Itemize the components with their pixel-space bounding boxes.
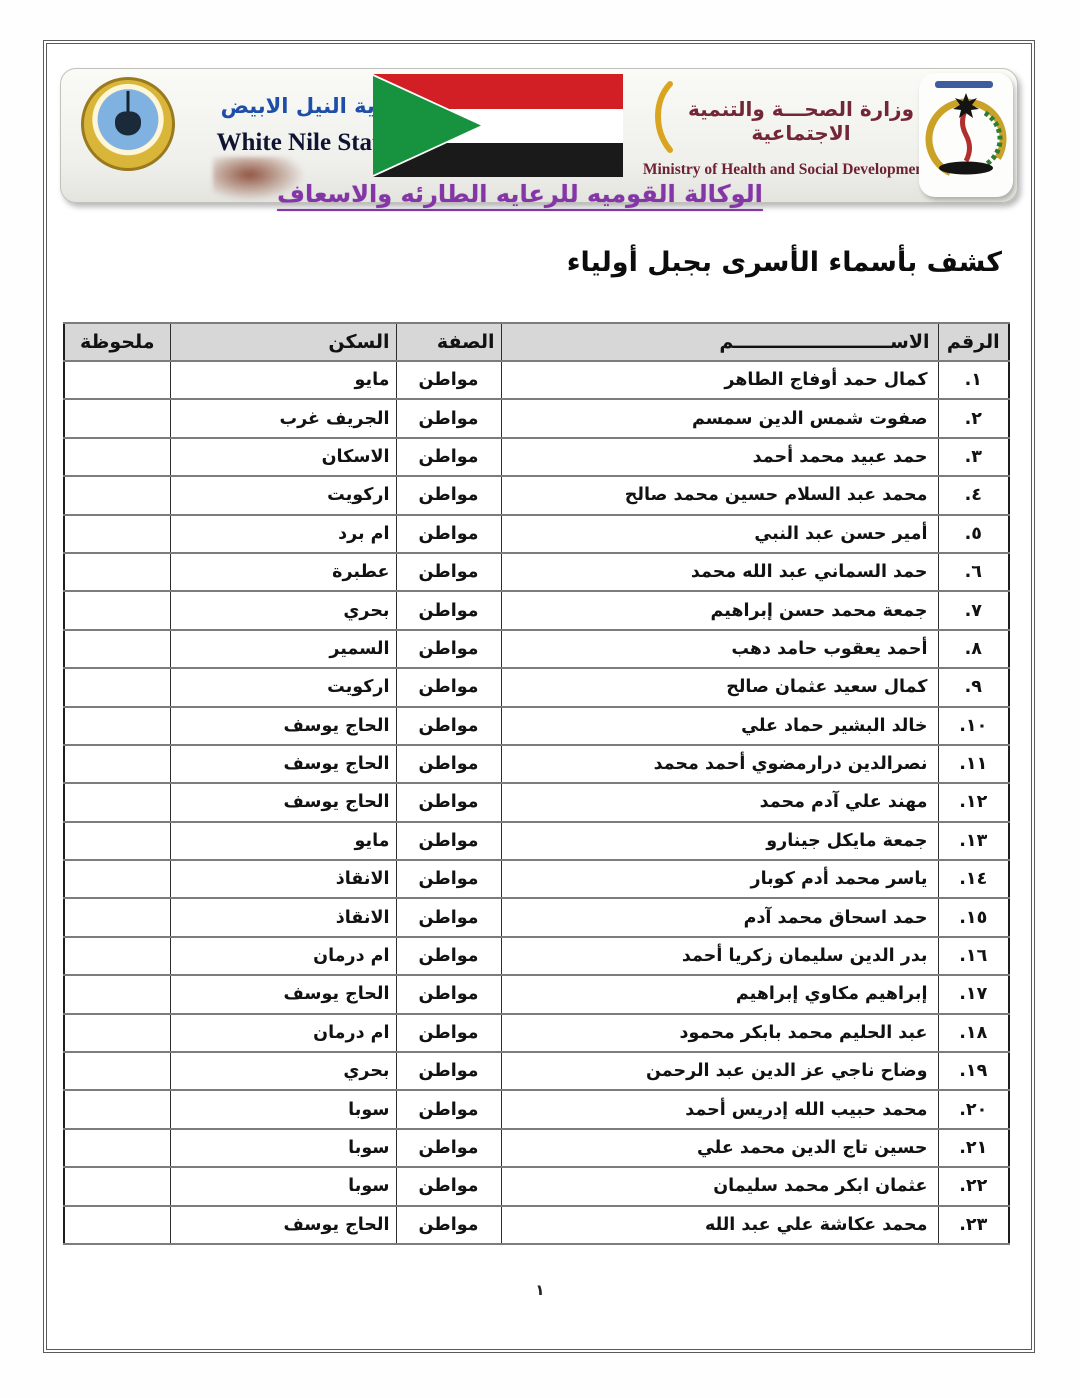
column-header-note: ملحوظة xyxy=(64,323,170,361)
row-residence: بحري xyxy=(170,591,396,629)
row-residence: الحاج يوسف xyxy=(170,783,396,821)
column-header-name: الاســــــــــــــــــــــــم xyxy=(501,323,938,361)
table-row: ١٨. عبد الحليم محمد بابكر محمود مواطن ام… xyxy=(64,1014,1009,1052)
row-name: حمد اسحاق محمد آدم xyxy=(501,898,938,936)
row-number: ٦. xyxy=(938,553,1009,591)
row-name: عثمان ابكر محمد سليمان xyxy=(501,1167,938,1205)
row-name: جمعة محمد حسن إبراهيم xyxy=(501,591,938,629)
row-note xyxy=(64,898,170,936)
prisoners-list-table: الرقم الاســــــــــــــــــــــــم الصف… xyxy=(63,322,1010,1245)
ministry-name-english: Ministry of Health and Social Developmen… xyxy=(621,161,951,179)
row-note xyxy=(64,1129,170,1167)
row-note xyxy=(64,1167,170,1205)
table-row: ٢٢. عثمان ابكر محمد سليمان مواطن سوبا xyxy=(64,1167,1009,1205)
row-residence: ام برد xyxy=(170,515,396,553)
row-role: مواطن xyxy=(396,399,501,437)
table-row: ١٤. ياسر محمد أدم كوبار مواطن الانقاذ xyxy=(64,860,1009,898)
row-name: كمال سعيد عثمان صالح xyxy=(501,668,938,706)
table-row: ١٣. جمعة مايكل جينارو مواطن مايو xyxy=(64,822,1009,860)
row-role: مواطن xyxy=(396,707,501,745)
row-role: مواطن xyxy=(396,898,501,936)
row-name: محمد حبيب الله إدريس أحمد xyxy=(501,1090,938,1128)
row-number: ١٢. xyxy=(938,783,1009,821)
table-row: ٧. جمعة محمد حسن إبراهيم مواطن بحري xyxy=(64,591,1009,629)
ministry-name-arabic: وزارة الصحـــة والتنمية الاجتماعية xyxy=(651,97,951,145)
table-row: ٢٠. محمد حبيب الله إدريس أحمد مواطن سوبا xyxy=(64,1090,1009,1128)
table-header-row: الرقم الاســــــــــــــــــــــــم الصف… xyxy=(64,323,1009,361)
white-nile-state-seal xyxy=(81,77,175,171)
row-residence: مايو xyxy=(170,361,396,399)
row-note xyxy=(64,591,170,629)
table-row: ١٢. مهند علي آدم محمد مواطن الحاج يوسف xyxy=(64,783,1009,821)
row-number: ١٥. xyxy=(938,898,1009,936)
page-number: ١ xyxy=(0,1281,1080,1299)
agency-title-line: الوكالة القوميه للرعايه الطارئه والاسعاف xyxy=(250,180,790,208)
row-role: مواطن xyxy=(396,860,501,898)
document-title: كشف بأسماء الأسرى بجبل أولياء xyxy=(567,247,1002,278)
row-note xyxy=(64,668,170,706)
row-name: حمد السماني عبد الله محمد xyxy=(501,553,938,591)
table-row: ٩. كمال سعيد عثمان صالح مواطن اركويت xyxy=(64,668,1009,706)
row-residence: السمير xyxy=(170,630,396,668)
row-number: ١٨. xyxy=(938,1014,1009,1052)
row-residence: الحاج يوسف xyxy=(170,975,396,1013)
row-role: مواطن xyxy=(396,783,501,821)
row-name: إبراهيم مكاوي إبراهيم xyxy=(501,975,938,1013)
row-note xyxy=(64,1206,170,1244)
row-name: محمد عبد السلام حسين محمد صالح xyxy=(501,476,938,514)
row-name: عبد الحليم محمد بابكر محمود xyxy=(501,1014,938,1052)
ministry-of-health-logo xyxy=(919,73,1013,197)
row-residence: ام درمان xyxy=(170,1014,396,1052)
table-row: ٨. أحمد يعقوب حامد دهب مواطن السمير xyxy=(64,630,1009,668)
row-residence: اركويت xyxy=(170,668,396,706)
row-number: ١٠. xyxy=(938,707,1009,745)
row-role: مواطن xyxy=(396,515,501,553)
row-number: ١١. xyxy=(938,745,1009,783)
seal-emblem-detail xyxy=(115,112,141,136)
row-role: مواطن xyxy=(396,1167,501,1205)
row-note xyxy=(64,399,170,437)
row-note xyxy=(64,707,170,745)
row-name: ياسر محمد أدم كوبار xyxy=(501,860,938,898)
row-name: جمعة مايكل جينارو xyxy=(501,822,938,860)
row-role: مواطن xyxy=(396,1090,501,1128)
row-role: مواطن xyxy=(396,553,501,591)
row-role: مواطن xyxy=(396,630,501,668)
row-residence: اركويت xyxy=(170,476,396,514)
row-role: مواطن xyxy=(396,822,501,860)
row-number: ٢٢. xyxy=(938,1167,1009,1205)
row-residence: الحاج يوسف xyxy=(170,1206,396,1244)
row-residence: الجريف غرب xyxy=(170,399,396,437)
row-name: أمير حسن عبد النبي xyxy=(501,515,938,553)
row-residence: الاسكان xyxy=(170,438,396,476)
row-note xyxy=(64,975,170,1013)
row-note xyxy=(64,438,170,476)
row-number: ٥. xyxy=(938,515,1009,553)
row-residence: الانقاذ xyxy=(170,860,396,898)
row-number: ١٧. xyxy=(938,975,1009,1013)
row-number: ٣. xyxy=(938,438,1009,476)
table-row: ١١. نصرالدين درارمضوي أحمد محمد مواطن ال… xyxy=(64,745,1009,783)
row-residence: الحاج يوسف xyxy=(170,745,396,783)
table-row: ١. كمال حمد أوفاج الطاهر مواطن مايو xyxy=(64,361,1009,399)
row-residence: ام درمان xyxy=(170,937,396,975)
table-row: ٢١. حسين تاج الدين محمد علي مواطن سوبا xyxy=(64,1129,1009,1167)
row-note xyxy=(64,937,170,975)
row-note xyxy=(64,822,170,860)
row-number: ٨. xyxy=(938,630,1009,668)
row-name: بدر الدين سليمان زكريا أحمد xyxy=(501,937,938,975)
row-name: حمد عبيد محمد أحمد xyxy=(501,438,938,476)
column-header-number: الرقم xyxy=(938,323,1009,361)
row-note xyxy=(64,745,170,783)
row-role: مواطن xyxy=(396,438,501,476)
row-note xyxy=(64,630,170,668)
row-number: ٤. xyxy=(938,476,1009,514)
row-name: مهند علي آدم محمد xyxy=(501,783,938,821)
row-note xyxy=(64,1090,170,1128)
row-residence: مايو xyxy=(170,822,396,860)
row-role: مواطن xyxy=(396,1052,501,1090)
row-residence: سوبا xyxy=(170,1129,396,1167)
row-note xyxy=(64,515,170,553)
table-row: ١٥. حمد اسحاق محمد آدم مواطن الانقاذ xyxy=(64,898,1009,936)
table-row: ١٩. وضاح ناجي عز الدين عبد الرحمن مواطن … xyxy=(64,1052,1009,1090)
row-note xyxy=(64,860,170,898)
row-role: مواطن xyxy=(396,476,501,514)
row-number: ١٩. xyxy=(938,1052,1009,1090)
row-role: مواطن xyxy=(396,975,501,1013)
row-number: ٩. xyxy=(938,668,1009,706)
row-number: ٢. xyxy=(938,399,1009,437)
row-name: وضاح ناجي عز الدين عبد الرحمن xyxy=(501,1052,938,1090)
ministry-logo-graphic xyxy=(919,73,1013,197)
row-number: ٢٣. xyxy=(938,1206,1009,1244)
row-role: مواطن xyxy=(396,745,501,783)
sudan-flag xyxy=(373,74,623,177)
row-name: خالد البشير حماد علي xyxy=(501,707,938,745)
row-role: مواطن xyxy=(396,1206,501,1244)
row-number: ١٣. xyxy=(938,822,1009,860)
table-row: ٤. محمد عبد السلام حسين محمد صالح مواطن … xyxy=(64,476,1009,514)
row-residence: الحاج يوسف xyxy=(170,707,396,745)
row-role: مواطن xyxy=(396,1014,501,1052)
row-note xyxy=(64,361,170,399)
row-number: ٢١. xyxy=(938,1129,1009,1167)
row-role: مواطن xyxy=(396,591,501,629)
table-row: ٣. حمد عبيد محمد أحمد مواطن الاسكان xyxy=(64,438,1009,476)
row-role: مواطن xyxy=(396,937,501,975)
row-name: نصرالدين درارمضوي أحمد محمد xyxy=(501,745,938,783)
column-header-role: الصفة xyxy=(396,323,501,361)
row-note xyxy=(64,476,170,514)
row-role: مواطن xyxy=(396,361,501,399)
row-name: كمال حمد أوفاج الطاهر xyxy=(501,361,938,399)
row-number: ١. xyxy=(938,361,1009,399)
row-note xyxy=(64,553,170,591)
row-name: صفوت شمس الدين سمسم xyxy=(501,399,938,437)
column-header-residence: السكن xyxy=(170,323,396,361)
table-row: ١٧. إبراهيم مكاوي إبراهيم مواطن الحاج يو… xyxy=(64,975,1009,1013)
table-body: ١. كمال حمد أوفاج الطاهر مواطن مايو ٢. ص… xyxy=(64,361,1009,1244)
table-row: ١٠. خالد البشير حماد علي مواطن الحاج يوس… xyxy=(64,707,1009,745)
row-note xyxy=(64,783,170,821)
table-row: ١٦. بدر الدين سليمان زكريا أحمد مواطن ام… xyxy=(64,937,1009,975)
row-number: ٧. xyxy=(938,591,1009,629)
row-number: ١٦. xyxy=(938,937,1009,975)
table-row: ٢٣. محمد عكاشة علي عبد الله مواطن الحاج … xyxy=(64,1206,1009,1244)
row-residence: عطبرة xyxy=(170,553,396,591)
row-number: ٢٠. xyxy=(938,1090,1009,1128)
row-role: مواطن xyxy=(396,1129,501,1167)
row-residence: بحري xyxy=(170,1052,396,1090)
row-note xyxy=(64,1014,170,1052)
row-name: حسين تاج الدين محمد علي xyxy=(501,1129,938,1167)
row-number: ١٤. xyxy=(938,860,1009,898)
table-row: ٦. حمد السماني عبد الله محمد مواطن عطبرة xyxy=(64,553,1009,591)
row-role: مواطن xyxy=(396,668,501,706)
row-residence: سوبا xyxy=(170,1167,396,1205)
table-row: ٢. صفوت شمس الدين سمسم مواطن الجريف غرب xyxy=(64,399,1009,437)
row-note xyxy=(64,1052,170,1090)
row-residence: سوبا xyxy=(170,1090,396,1128)
row-name: أحمد يعقوب حامد دهب xyxy=(501,630,938,668)
table-row: ٥. أمير حسن عبد النبي مواطن ام برد xyxy=(64,515,1009,553)
row-name: محمد عكاشة علي عبد الله xyxy=(501,1206,938,1244)
row-residence: الانقاذ xyxy=(170,898,396,936)
